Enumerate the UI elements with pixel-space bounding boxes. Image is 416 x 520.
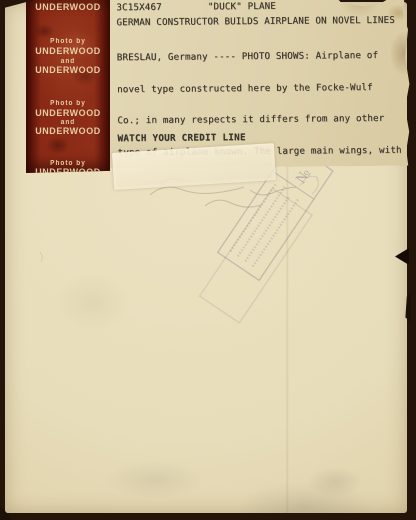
stamp-strip-line: UNDERWOOD — [29, 2, 108, 13]
stamp-strip-line: UNDERWOOD — [29, 108, 108, 119]
photo-title: "DUCK" PLANE — [208, 1, 276, 13]
caption-headline: GERMAN CONSTRUCTOR BUILDS AIRPLANE ON NO… — [116, 14, 394, 27]
stamp-strip-line: UNDERWOOD — [29, 65, 108, 76]
stamp-strip-line: and — [29, 58, 106, 65]
caption-sheet: 3C15X467 "DUCK" PLANE GERMAN CONSTRUCTOR… — [101, 0, 410, 168]
credit-line-notice: WATCH YOUR CREDIT LINE — [117, 132, 245, 144]
caption-header-row: 3C15X467 "DUCK" PLANE — [116, 1, 276, 13]
caption-body-line: novel type constructed here by the Focke… — [117, 82, 401, 94]
photo-serial-number: 3C15X467 — [116, 2, 162, 13]
stamp-strip-line: Photo by — [29, 160, 106, 167]
underwood-stamp-strip: and UNDERWOOD Photo by UNDERWOOD and UND… — [26, 0, 110, 173]
stamp-strip-line: Photo by — [29, 100, 106, 107]
caption-body-line: Co.; in many respects it differs from an… — [117, 114, 401, 126]
stamp-strip-line: Photo by — [29, 38, 106, 45]
caption-body-line: BRESLAU, Germany ---- PHOTO SHOWS: Airpl… — [117, 51, 401, 63]
stamp-strip-line: UNDERWOOD — [29, 46, 108, 57]
stamp-strip-line: and — [29, 119, 106, 126]
stamp-strip-line: UNDERWOOD — [29, 126, 108, 137]
